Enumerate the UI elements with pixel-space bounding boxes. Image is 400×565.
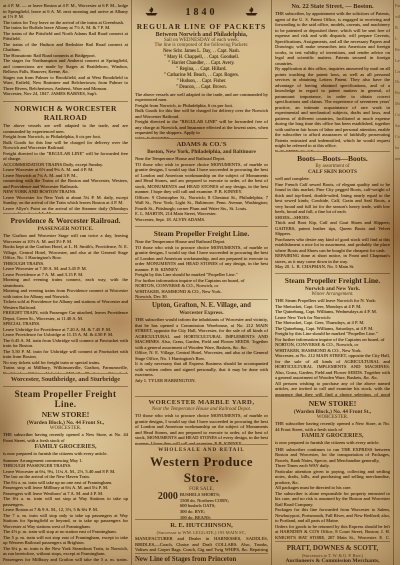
ad-western-produce-store: WHOLESALE AND RETAIL Western Produce Sto… [135, 444, 268, 519]
produce-list: BUSHELS SHORTS; 1500 do. Northern CORN; … [180, 492, 245, 519]
steam-propeller-right-headline: Steam Propeller Freight Line. [275, 276, 390, 285]
masthead-year-row: 1840 [135, 2, 268, 21]
ad-new-store-right: NEW STORE! (Warden Block,) No. 44 Front … [275, 396, 390, 541]
edge-text-fragments: Farm wil R. L Res Law Linw Dr. Bost Ma C… [395, 1, 400, 165]
ad-steam-propeller-new-store-left: Steam Propeller Freight Line. NEW STORE!… [3, 386, 128, 562]
packets-list-intro: The line is composed of the following Pa… [135, 43, 268, 48]
ad-adams-express: ADAMS & CO.'S Boston, New York, Philadel… [135, 138, 268, 226]
column-right: No. 22 State Street, — Boston. THE subsc… [272, 0, 393, 565]
ship-icon [245, 3, 258, 21]
western-railroad-fragment-text: at 4 P. M. — or leave Boston at 4 P. M.,… [3, 3, 128, 97]
pratt-headline: PRATT, DOWNES & SCOTT, [275, 544, 390, 552]
providence-worcester-railroad-headline: Providence & Worcester Railroad. [3, 216, 128, 225]
new-store-left-intro: THE subscriber having recently opened a … [3, 432, 128, 443]
newspaper-page-scan: at 4 P. M. — or leave Boston at 4 P. M.,… [0, 0, 400, 565]
new-store-right-intro: THE subscriber having recently opened a … [275, 421, 390, 432]
ad-western-railroad-fragment: at 4 P. M. — or leave Boston at 4 P. M.,… [3, 1, 128, 101]
marble-yard-text: TO those who wish to procure choice MONU… [135, 413, 268, 444]
steam-propeller-middle-text: Near the Temperance House and Railroad D… [135, 239, 268, 299]
year-1840: 1840 [186, 7, 218, 18]
new-store-right-headline: NEW STORE! [275, 399, 390, 408]
new-store-left-intro-tail: is now prepared to furnish the citizens … [3, 451, 128, 457]
stages-headline: New Line of Stages from Princeton [135, 556, 268, 563]
columns-container: at 4 P. M. — or leave Boston at 4 P. M.,… [0, 0, 400, 565]
norwich-worcester-railroad-text: The above vessels are well adapted to th… [3, 123, 128, 213]
packets-headline: REGULAR LINE OF PACKETS [135, 22, 268, 31]
southbridge-sturbridge-headline: Worcester, Southbridge, and Sturbridge [3, 376, 128, 383]
ad-new-line-of-stages: New Line of Stages from Princeton [135, 553, 268, 564]
steam-propeller-left-headline: Steam Propeller Freight Line. [3, 389, 128, 409]
patent-agency-headline: No. 22 State Street, — Boston. [275, 3, 390, 10]
steam-propeller-right-text: THE Steam Propellers will leave Norwich … [275, 298, 390, 396]
ad-pratt-downes-scott: PRATT, DOWNES & SCOTT, (Successors to T.… [275, 541, 390, 564]
produce-quantity-row: 2000 BUSHELS SHORTS; 1500 do. Northern C… [135, 492, 268, 519]
new-store-left-city: WORCESTER. [3, 426, 128, 431]
worcester-express-subhead: Worcester Express. [135, 310, 268, 316]
boots-headline: Boots—Boots—Boots. [275, 154, 390, 163]
upton-grafton-headline: Upton, Grafton, N. E. Village, and [135, 302, 268, 309]
ad-worcester-marble-yard: WORCESTER MARBLE YARD, Near the Temperan… [135, 396, 268, 444]
boots-sub2: CALF SKIN BOOTS [275, 169, 390, 175]
ad-regular-line-of-packets: 1840 REGULAR LINE OF PACKETS Between Nor… [135, 1, 268, 138]
adams-express-cities: Boston, New York, Philadelphia, and Balt… [135, 149, 268, 155]
adams-express-text: Near the Temperance House and Railroad D… [135, 156, 268, 222]
marble-yard-headline: WORCESTER MARBLE YARD, [135, 399, 268, 406]
express-text: THE subscriber continues to run THE EXPR… [275, 447, 390, 542]
upton-grafton-text: THE subscriber would inform the inhabita… [135, 317, 268, 383]
steam-propeller-middle-headline: Steam Propeller Freight Line. [135, 229, 268, 238]
winter-arrangement-subhead: Winter Arrangement. [275, 292, 390, 297]
passenger-notice-subhead: PASSENGER NOTICE. [3, 226, 128, 232]
ad-steam-propeller-right: Steam Propeller Freight Line. Norwich an… [275, 273, 390, 396]
ad-providence-worcester-railroad: Providence & Worcester Railroad. PASSENG… [3, 213, 128, 373]
norwich-worcester-railroad-headline: NORWICH & WORCESTER RAILROAD [3, 104, 128, 122]
patent-agency-text: THE subscriber, by appointment with the … [275, 11, 390, 151]
hutchinson-text: MANUFACTURER and Dealer in HARNESSES, SA… [135, 536, 268, 553]
ad-norwich-worcester-railroad: NORWICH & WORCESTER RAILROAD The above v… [3, 101, 128, 213]
new-store-right-intro-tail: is now prepared to furnish the citizens … [275, 440, 390, 446]
ship-icon [145, 3, 158, 21]
produce-quantity: 2000 [158, 492, 178, 502]
produce-headline: Western Produce Store. [135, 454, 268, 486]
new-store-left-headline: NEW STORE! [3, 410, 128, 419]
ad-upton-grafton-express: Upton, Grafton, N. E. Village, and Worce… [135, 299, 268, 396]
column-left: at 4 P. M. — or leave Boston at 4 P. M.,… [0, 0, 131, 565]
family-groceries-right-subhead: FAMILY GROCERIES, [275, 433, 390, 439]
adams-express-headline: ADAMS & CO.'S [135, 141, 268, 148]
hutchinson-headline: R. E. HUTCHINSON, [135, 522, 268, 529]
ad-hutchinson-harness: R. E. HUTCHINSON, (Successor to WM. LEGG… [135, 519, 268, 553]
ad-steam-propeller-middle: Steam Propeller Freight Line. Near the T… [135, 226, 268, 299]
hutchinson-subhead: (Successor to WM. LEGGATE,) 193 MAIN ST.… [135, 530, 268, 535]
packets-text: The above vessels are well adapted to th… [135, 92, 268, 138]
boston-worcester-schedule-text: Summer Arrangement commencing May 1. THR… [3, 458, 128, 563]
ad-boots: Boots—Boots—Boots. By assortment of CALF… [275, 151, 390, 273]
providence-worcester-railroad-text: The Grafton and Worcester Stage will run… [3, 233, 128, 373]
marble-yard-location: Near the Temperance House and Railroad D… [135, 407, 268, 412]
packets-vessel-list: New Schr. James L. Day, . . Capt. Nash. … [135, 49, 268, 91]
boots-text: well and complete. Fine French Calf sewe… [275, 176, 390, 270]
family-groceries-left-subhead: FAMILY GROCERIES, [3, 444, 128, 450]
ad-southbridge-sturbridge: Worcester, Southbridge, and Sturbridge [3, 373, 128, 386]
pratt-business-line: Auctioneers & Commission Merchants, [275, 558, 390, 564]
new-store-right-city: WORCESTER. [275, 415, 390, 420]
ad-patent-agency: No. 22 State Street, — Boston. THE subsc… [275, 1, 390, 151]
column-middle: 1840 REGULAR LINE OF PACKETS Between Nor… [132, 0, 271, 565]
produce-kicker: WHOLESALE AND RETAIL [135, 447, 268, 453]
column-edge-sliver: Farm wil R. L Res Law Linw Dr. Bost Ma C… [394, 0, 400, 565]
